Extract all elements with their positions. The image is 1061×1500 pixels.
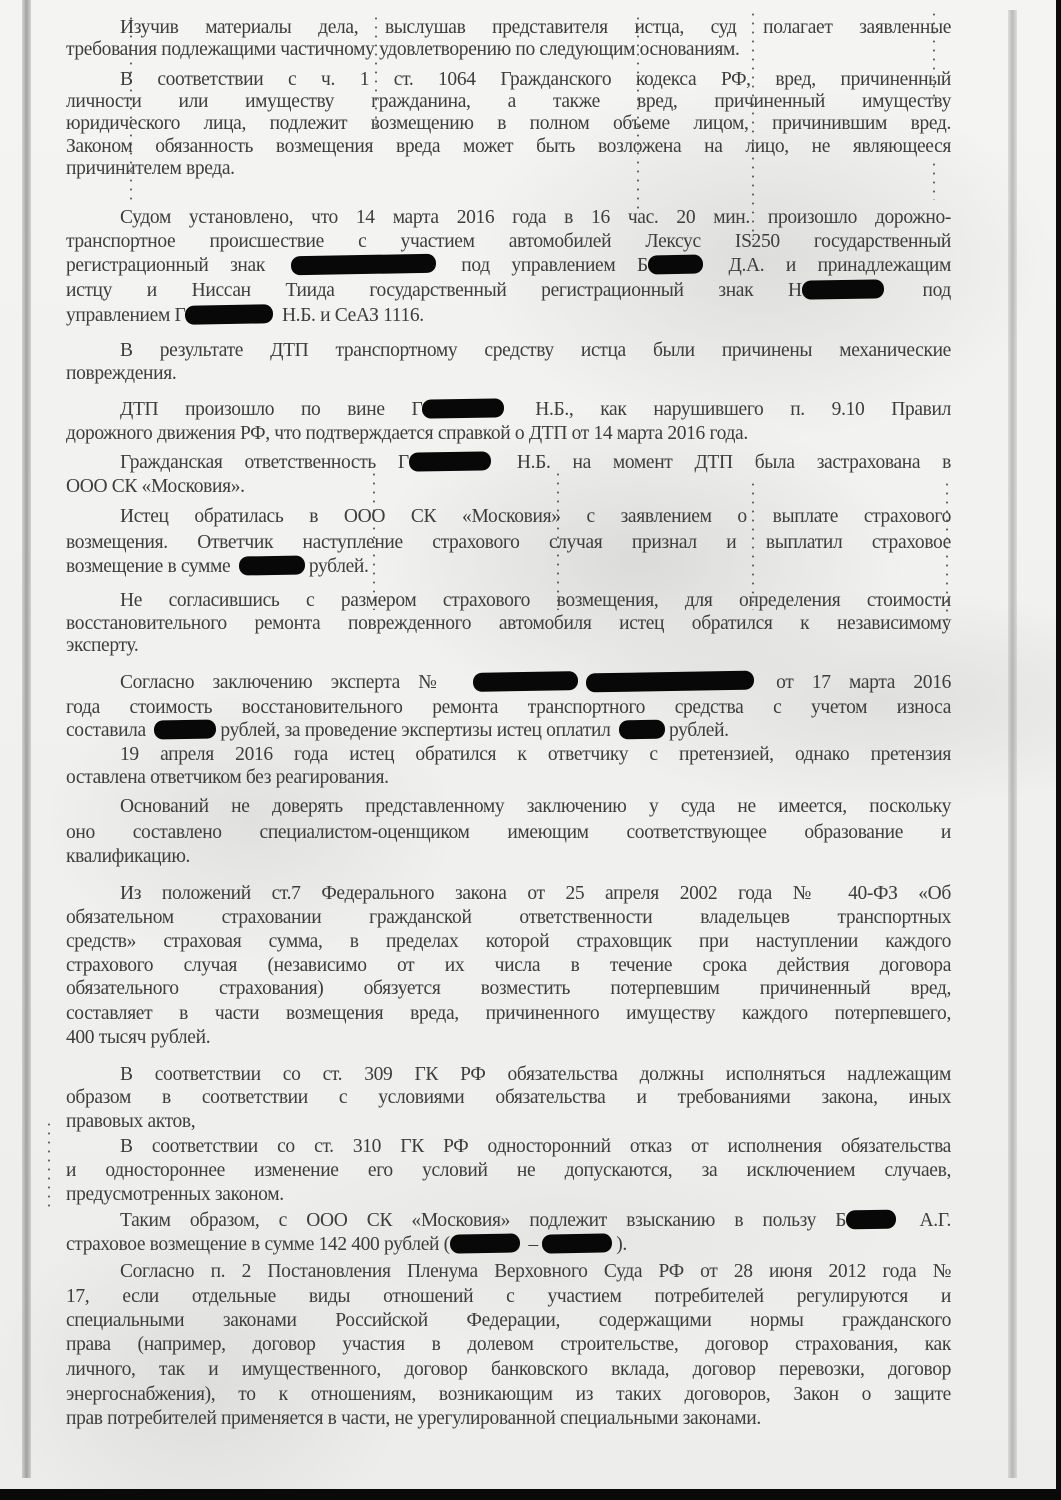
text-line: оставлена ответчиком без реагирования. [66,767,951,789]
redaction-mark [239,555,305,575]
text-line: квалификацию. [66,846,951,868]
text-line: страховое возмещение в сумме 142 400 руб… [66,1234,951,1256]
text-line: транспортное происшествие с участием авт… [66,231,951,253]
text-line: возмещения. Ответчик наступление страхов… [66,532,951,554]
text-line: страхового случая (независимо от их числ… [66,955,951,977]
text-line: обязательном страховании гражданской отв… [66,907,951,929]
text-segment: возмещение в сумме [66,556,230,577]
text-line: В результате ДТП транспортному средству … [120,340,951,362]
redaction-mark [619,720,665,740]
text-segment: А.Г. [919,1210,951,1231]
text-line: прав потребителей применяется в части, н… [66,1408,951,1430]
text-line: специальными законами Российской Федерац… [66,1310,951,1332]
text-line: 19 апреля 2016 года истец обратился к от… [120,744,951,766]
text-line: причинителем вреда. [66,158,951,180]
text-line: энергоснабжения), то к отношениям, возни… [66,1384,951,1406]
text-line: Истец обратилась в ООО СК «Московия» с з… [120,506,951,528]
text-segment: Н.Б. и СеАЗ 1116. [282,305,424,326]
text-segment: Гражданская ответственность Г [120,452,409,473]
text-line: требования подлежащими частичному удовле… [66,39,951,61]
text-segment: Н.Б. на момент ДТП была застрахована в [517,452,951,473]
text-segment: рублей, за проведение экспертизы истец о… [220,720,610,741]
text-segment: под управлением Б [461,255,648,276]
redaction-mark [154,719,216,739]
text-segment: от 17 марта 2016 [776,672,951,693]
text-line: правовых актов, [66,1111,951,1133]
redaction-mark [846,1210,896,1230]
text-line: эксперту. [66,635,951,657]
text-line: составляет в части возмещения вреда, при… [66,1003,951,1025]
text-line: Согласно п. 2 Постановления Пленума Верх… [120,1261,951,1283]
text-segment: составила [66,720,146,741]
text-line: и одностороннее изменение его условий не… [66,1160,951,1182]
text-line: ДТП произошло по вине Г Н.Б., как наруши… [120,399,951,421]
redaction-mark [422,398,504,418]
text-line: Гражданская ответственность Г Н.Б. на мо… [120,452,951,474]
text-segment: рублей. [309,556,369,577]
text-line: права (например, договор участия в долев… [66,1334,951,1356]
text-line: В соответствии со ст. 309 ГК РФ обязател… [120,1064,951,1086]
text-line: возмещение в сумме рублей. [66,556,951,578]
text-line: восстановительного ремонта поврежденного… [66,613,951,635]
text-line: Не согласившись с размером страхового во… [120,590,951,612]
redaction-mark [802,279,884,299]
text-segment: Таким образом, с ООО СК «Московия» подле… [120,1210,846,1231]
text-segment: Д.А. и принадлежащим [729,255,952,276]
redaction-mark [450,1233,520,1253]
text-line: года стоимость восстановительного ремонт… [66,697,951,719]
text-line: средств» страховая сумма, в пределах кот… [66,931,951,953]
text-line: личности или имуществу гражданина, а так… [66,91,951,113]
text-line: Таким образом, с ООО СК «Московия» подле… [120,1210,951,1232]
redaction-mark [542,1233,612,1253]
text-segment: – [528,1234,537,1255]
text-line: Изучив материалы дела, выслушав представ… [120,17,951,39]
text-line: оно составлено специалистом-оценщиком им… [66,822,951,844]
text-segment: под [923,280,952,301]
redaction-mark [290,254,435,276]
text-line: дорожного движения РФ, что подтверждаетс… [66,423,951,445]
text-segment: регистрационный знак [66,255,265,276]
text-line: обязательного страхования) обязуется воз… [66,978,951,1000]
redaction-mark [185,304,273,325]
text-line: повреждения. [66,363,951,385]
text-line: Согласно заключению эксперта № от 17 мар… [120,672,951,694]
redaction-mark [586,671,754,693]
text-segment: Н.Б., как нарушившего п. 9.10 Правил [535,399,951,420]
text-segment: рублей. [669,720,729,741]
text-line: В соответствии со ст. 310 ГК РФ одностор… [120,1136,951,1158]
text-line: Оснований не доверять представленному за… [120,796,951,818]
redaction-mark [473,671,578,692]
text-line: 17, если отдельные виды отношений с учас… [66,1286,951,1308]
text-line: 400 тысяч рублей. [66,1027,951,1049]
text-line: Законом обязанность возмещения вреда мож… [66,136,951,158]
text-line: регистрационный знак под управлением Б Д… [66,255,951,277]
text-line: управлением Г Н.Б. и СеАЗ 1116. [66,305,951,327]
text-segment: страховое возмещение в сумме 142 400 руб… [66,1234,450,1255]
court-decision-page: Изучив материалы дела, выслушав представ… [0,0,1061,1500]
text-line: юридического лица, подлежит возмещению в… [66,113,951,135]
text-line: составила рублей, за проведение эксперти… [66,720,951,742]
text-line: ООО СК «Московия». [66,476,951,498]
text-line: истцу и Ниссан Тиида государственный рег… [66,280,951,302]
redaction-mark [409,451,491,471]
text-line: предусмотренных законом. [66,1184,951,1206]
text-segment: ДТП произошло по вине Г [120,399,422,420]
text-segment: управлением Г [66,305,185,326]
text-line: В соответствии с ч. 1 ст. 1064 Гражданск… [120,69,951,91]
redaction-mark [648,255,703,275]
text-line: Из положений ст.7 Федерального закона от… [120,883,951,905]
text-segment: ). [616,1234,627,1255]
text-segment: Согласно заключению эксперта № [120,672,450,693]
text-line: личного, так и имущественного, договор б… [66,1359,951,1381]
text-line: Судом установлено, что 14 марта 2016 год… [120,207,951,229]
text-line: образом в соответствии с условиями обяза… [66,1087,951,1109]
text-segment: истцу и Ниссан Тиида государственный рег… [66,280,802,301]
